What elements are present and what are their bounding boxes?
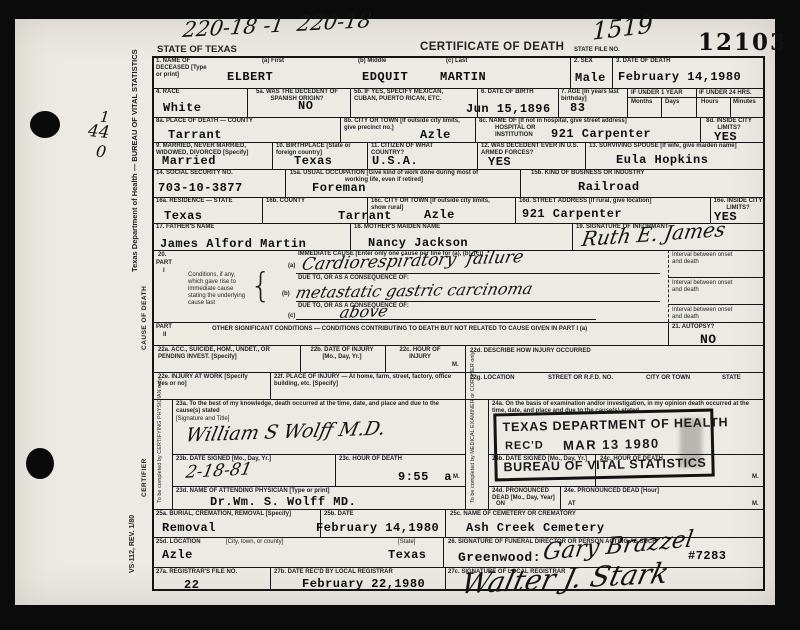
field-22g-street-header: STREET OR R.F.D. NO. [548, 375, 613, 382]
margin-certifier-label: CERTIFIER [141, 458, 148, 497]
field-8c-label-2: HOSPITAL OR INSTITUTION [495, 125, 541, 139]
value-funeral-number: #7283 [688, 550, 727, 562]
value-attending-physician: Dr.Wm. S. Wolff MD. [210, 496, 356, 508]
margin-cause-of-death-label: CAUSE OF DEATH [141, 286, 148, 350]
field-25c-label: 25c. NAME OF CEMETERY OR CREMATORY [450, 511, 576, 518]
field-25d-sub2: [State] [398, 539, 415, 546]
cause-part2: PART [156, 324, 172, 331]
cause-conditions-note: Conditions, if any, which gave rise to i… [188, 272, 252, 307]
field-22d-label: 22d. DESCRIBE HOW INJURY OCCURRED [470, 348, 591, 355]
value-funeral-home: Greenwood: [458, 551, 541, 564]
value-death-county: Tarrant [168, 129, 222, 141]
field-22g-label: 22g. LOCATION [470, 375, 515, 382]
margin-handwritten-44: 44 [87, 121, 111, 143]
value-ssn: 703-10-3877 [158, 182, 243, 194]
field-2-label: 2. SEX [574, 58, 593, 65]
cause-part2-num: II [163, 332, 166, 339]
value-sex: Male [575, 72, 606, 84]
field-24e-at: AT [568, 501, 576, 508]
field-6-label: 6. DATE OF BIRTH [481, 89, 534, 96]
value-first-name: ELBERT [227, 71, 273, 83]
field-18-label: 18. MOTHER'S MAIDEN NAME [354, 224, 440, 231]
value-location-state: Texas [388, 549, 427, 561]
field-1a-sublabel: (a) First [262, 58, 284, 65]
value-marital-status: Married [162, 155, 216, 167]
under-24-hrs-minutes: Minutes [733, 99, 756, 106]
field-17-label: 17. FATHER'S NAME [156, 224, 214, 231]
field-8a-label: 8a. PLACE OF DEATH — COUNTY [156, 118, 253, 125]
value-date-of-death: February 14,1980 [618, 71, 741, 83]
value-citizen: U.S.A. [372, 155, 418, 167]
field-22g-city-header: CITY OR TOWN [646, 375, 690, 382]
field-23a-label: 23a. To the best of my knowledge, death … [176, 401, 446, 415]
field-23c-label: 23c. HOUR OF DEATH [339, 456, 402, 463]
part2-text: OTHER SIGNIFICANT CONDITIONS — CONDITION… [212, 326, 662, 333]
value-cemetery: Ash Creek Cemetery [466, 522, 605, 534]
value-date-of-birth: Jun 15,1896 [466, 103, 551, 115]
field-22f-label: 22f. PLACE OF INJURY — At home, farm, st… [274, 374, 454, 388]
field-1b-sublabel: (b) Middle [358, 58, 386, 65]
field-23a-sig-title: [Signature and Title] [176, 416, 229, 423]
field-1-label: 1. NAME OF DECEASED [Type or print] [156, 58, 212, 79]
field-16d-label: 16d. STREET ADDRESS [If rural, give loca… [519, 198, 651, 205]
state-file-number: 12103 [698, 29, 788, 56]
value-mother-name: Nancy Jackson [368, 237, 468, 249]
cause-c-letter: (c) [288, 313, 295, 320]
field-23c-m: M. [453, 474, 460, 481]
cause-part1-num: I [163, 268, 165, 275]
cause-part1: PART [156, 260, 172, 267]
field-25b-label: 25b. DATE [324, 511, 354, 518]
field-1c-sublabel: (c) Last [446, 58, 467, 65]
field-24d-on: ON [496, 501, 505, 508]
field-16b-label: 16b. COUNTY [266, 198, 305, 205]
field-24e-m: M. [752, 501, 759, 508]
value-last-name: MARTIN [440, 71, 486, 83]
field-16a-label: 16a. RESIDENCE — STATE [156, 198, 232, 205]
certificate-title: CERTIFICATE OF DEATH [420, 41, 564, 55]
field-25a-label: 25a. BURIAL, CREMATION, REMOVAL [Specify… [156, 511, 316, 518]
hole-punch-top [30, 111, 60, 138]
field-22b-label: 22b. DATE OF INJURY [Mo., Day, Yr.] [308, 347, 376, 361]
field-27a-label: 27a. REGISTRAR'S FILE NO. [156, 569, 237, 576]
under-24-hrs-label: IF UNDER 24 HRS. [699, 90, 752, 97]
field-15b-label: 15b. KIND OF BUSINESS OR INDUSTRY [531, 170, 644, 177]
value-armed-forces: YES [488, 156, 511, 168]
field-22c-label: 22c. HOUR OF INJURY [392, 347, 448, 361]
under-1-year-days: Days [665, 99, 679, 106]
value-industry: Railroad [578, 181, 640, 193]
cause-c-value: above [338, 301, 390, 322]
value-date-recd: February 22,1980 [302, 578, 425, 590]
state-file-no-label: STATE FILE NO. [574, 47, 620, 54]
field-3-label: 3. DATE OF DEATH [616, 58, 670, 65]
hole-punch-bottom [26, 448, 54, 479]
value-father-name: James Alford Martin [160, 238, 306, 250]
cause-a-letter: (a) [288, 263, 295, 270]
value-location-city: Azle [162, 549, 193, 561]
death-certificate-scan: Texas Department of Health — BUREAU OF V… [0, 0, 800, 630]
field-14-label: 14. SOCIAL SECURITY NO. [156, 170, 233, 177]
value-residence-address: 921 Carpenter [522, 208, 622, 220]
value-8d-inside-city: YES [714, 131, 737, 143]
margin-dept-vertical: Texas Department of Health — BUREAU OF V… [130, 49, 139, 272]
interval-label-2: Interval between onset and death [672, 280, 742, 294]
value-hour-of-death: 9:55 a [398, 471, 452, 483]
field-24c-m: M. [752, 474, 759, 481]
margin-handwritten-0: 0 [95, 142, 107, 162]
margin-form-code: VS-112, REV. 1/80 [129, 515, 136, 573]
value-burial-type: Removal [162, 522, 216, 534]
field-27b-label: 27b. DATE REC'D BY LOCAL REGISTRAR [274, 569, 393, 576]
value-race: White [163, 102, 202, 114]
field-21-label: 21. AUTOPSY? [672, 324, 714, 331]
field-5a-label: 5a. WAS THE DECEDENT OF SPANISH ORIGIN? [251, 89, 343, 103]
under-24-hrs-hours: Hours [701, 99, 718, 106]
stamp-recd: REC'D [505, 439, 544, 452]
value-surviving-spouse: Eula Hopkins [616, 154, 708, 166]
interval-label-1: Interval between onset and death [672, 252, 742, 266]
state-of-texas-label: STATE OF TEXAS [157, 44, 237, 55]
value-spanish-origin: NO [298, 100, 313, 112]
value-residence-city: Azle [424, 209, 455, 221]
value-institution-address: 921 Carpenter [551, 128, 651, 140]
value-registrar-file-no: 22 [184, 579, 199, 591]
field-22e-label: 22e. INJURY AT WORK [Specify yes or no] [158, 374, 248, 388]
under-1-year-months: Months [631, 99, 652, 106]
value-occupation: Foreman [312, 182, 366, 194]
value-birthplace: Texas [294, 155, 333, 167]
value-autopsy: NO [700, 333, 717, 346]
interval-label-3: Interval between onset and death [672, 307, 742, 321]
field-25d-label: 25d. LOCATION [156, 539, 201, 546]
under-1-year-label: IF UNDER 1 YEAR [631, 90, 683, 97]
cause-number: 20. [158, 252, 166, 259]
cause-brace: { [250, 266, 272, 306]
field-13-label: 13. SURVIVING SPOUSE [If wife, give maid… [589, 143, 737, 150]
cause-b-letter: (b) [282, 291, 290, 298]
field-22a-label: 22a. ACC., SUICIDE, HOM., UNDET., OR PEN… [158, 347, 282, 361]
field-4-label: 4. RACE [156, 89, 180, 96]
value-date-signed: 2-18-81 [184, 459, 253, 483]
value-burial-date: February 14,1980 [316, 522, 439, 534]
value-residence-state: Texas [164, 210, 203, 222]
field-25d-sub1: [City, town, or county] [226, 539, 283, 546]
field-22g-state-header: STATE [722, 375, 741, 382]
medical-examiner-strip: To be completed by MEDICAL EXAMINER or C… [470, 352, 476, 503]
value-death-city: Azle [420, 129, 451, 141]
stamp-date: MAR 13 1980 [563, 436, 660, 453]
value-age: 83 [570, 102, 585, 114]
field-22c-m: M. [452, 362, 459, 369]
field-5b-label: 5b. IF YES, SPECIFY MEXICAN, CUBAN, PUER… [354, 89, 454, 103]
field-24e-label: 24e. PRONOUNCED DEAD [Hour] [564, 488, 659, 495]
value-middle-name: EDQUIT [362, 71, 408, 83]
stamp-line3: BUREAU OF VITAL STATISTICS [503, 456, 706, 475]
certifying-physician-strip: To be completed by CERTIFYING PHYSICIAN … [157, 378, 163, 503]
